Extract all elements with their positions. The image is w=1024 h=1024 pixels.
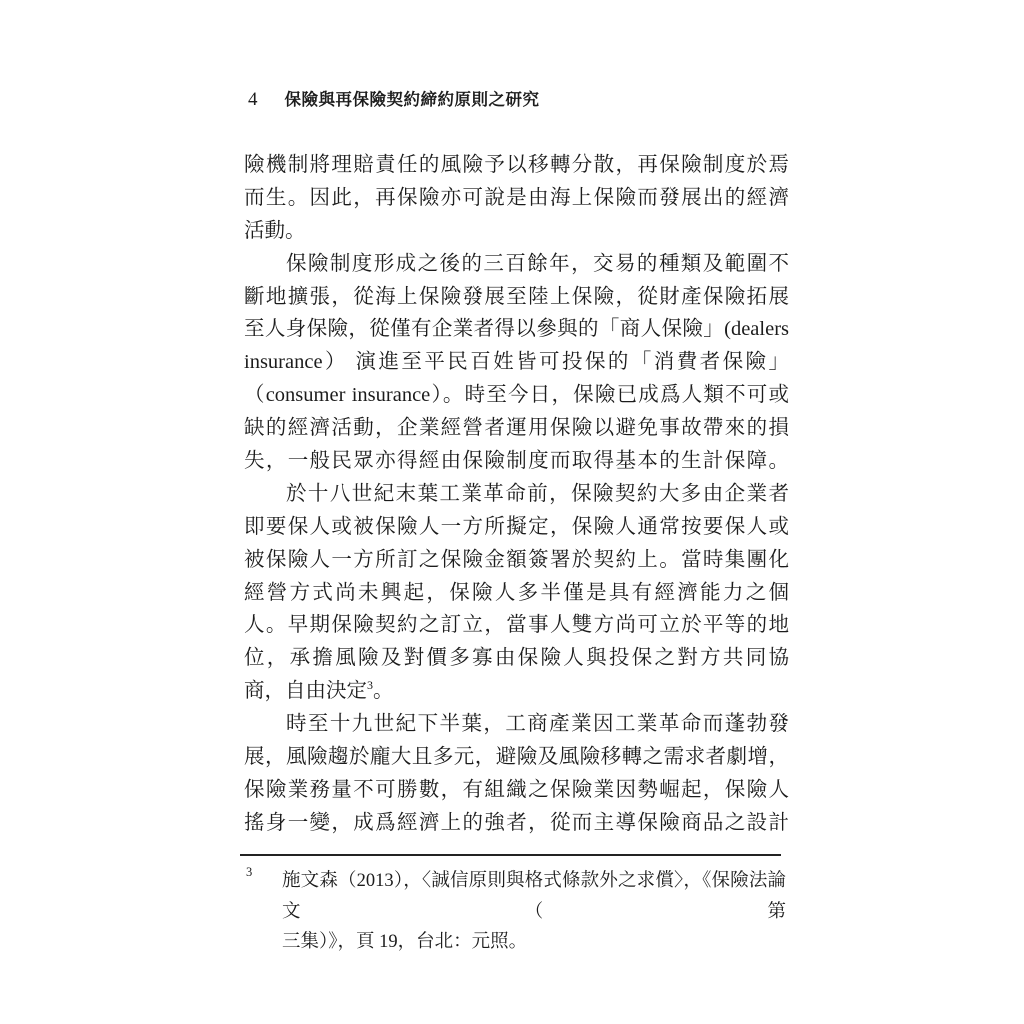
body-line: 時至十九世紀下半葉，工商產業因工業革命而蓬勃發 [244, 708, 789, 741]
footnote-divider [240, 854, 781, 856]
body-line: 展，風險趨於龐大且多元，避險及風險移轉之需求者劇增， [244, 741, 789, 774]
body-line: 人。早期保險契約之訂立，當事人雙方尚可立於平等的地 [244, 609, 789, 642]
body-line-text: 。 [373, 680, 394, 702]
body-line: insurance） 演進至平民百姓皆可投保的「消費者保險」 [244, 346, 789, 379]
footnote-text: 施文森（2013），〈誠信原則與格式條款外之求償〉，《保險法論文（第 三集）》，… [282, 866, 786, 958]
footnote: 3 施文森（2013），〈誠信原則與格式條款外之求償〉，《保險法論文（第 三集）… [246, 866, 786, 958]
body-line: 被保險人一方所訂之保險金額簽署於契約上。當時集團化 [244, 544, 789, 577]
body-line: 活動。 [244, 215, 789, 248]
body-line: （consumer insurance）。時至今日，保險已成爲人類不可或 [244, 379, 789, 412]
page-header: 4 保險與再保險契約締約原則之研究 [248, 86, 540, 111]
body-line: 缺的經濟活動，企業經營者運用保險以避免事故帶來的損 [244, 412, 789, 445]
body-line: 保險業務量不可勝數，有組織之保險業因勢崛起，保險人 [244, 774, 789, 807]
body-text: 險機制將理賠責任的風險予以移轉分散，再保險制度於焉 而生。因此，再保險亦可說是由… [244, 149, 789, 840]
footnote-marker: 3 [246, 865, 252, 880]
footnote-line: 施文森（2013），〈誠信原則與格式條款外之求償〉，《保險法論文（第 [282, 866, 786, 927]
book-page: 4 保險與再保險契約締約原則之研究 險機制將理賠責任的風險予以移轉分散，再保險制… [0, 0, 1024, 1024]
body-line: 至人身保險，從僅有企業者得以參與的「商人保險」(dealers [244, 313, 789, 346]
body-line: 而生。因此，再保險亦可說是由海上保險而發展出的經濟 [244, 182, 789, 215]
body-line: 失，一般民眾亦得經由保險制度而取得基本的生計保障。 [244, 445, 789, 478]
body-line: 商，自由決定3。 [244, 675, 789, 708]
body-line: 於十八世紀末葉工業革命前，保險契約大多由企業者 [244, 478, 789, 511]
body-line: 險機制將理賠責任的風險予以移轉分散，再保險制度於焉 [244, 149, 789, 182]
body-line: 即要保人或被保險人一方所擬定，保險人通常按要保人或 [244, 511, 789, 544]
page-number: 4 [248, 89, 258, 111]
footnote-line: 三集）》，頁 19，台北：元照。 [282, 927, 786, 958]
body-line: 搖身一變，成爲經濟上的強者，從而主導保險商品之設計 [244, 807, 789, 840]
body-line: 位，承擔風險及對價多寡由保險人與投保之對方共同協 [244, 642, 789, 675]
body-line: 保險制度形成之後的三百餘年，交易的種類及範圍不 [244, 248, 789, 281]
body-line: 斷地擴張，從海上保險發展至陸上保險，從財產保險拓展 [244, 281, 789, 314]
running-title: 保險與再保險契約締約原則之研究 [285, 86, 540, 110]
body-line: 經營方式尚未興起，保險人多半僅是具有經濟能力之個 [244, 577, 789, 610]
body-line-text: 商，自由決定 [244, 680, 367, 702]
